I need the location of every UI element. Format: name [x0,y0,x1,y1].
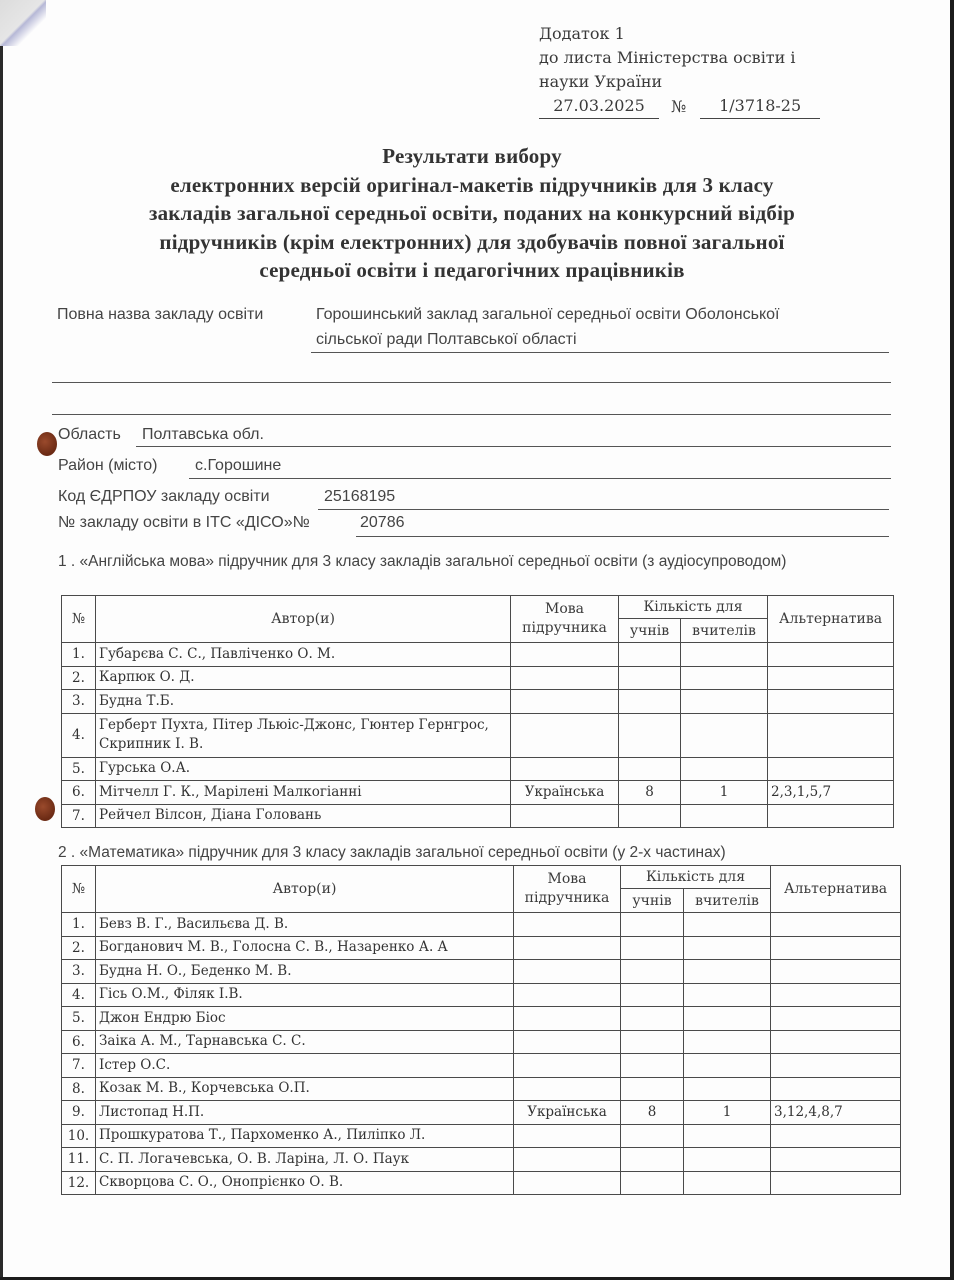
row-students[interactable] [619,690,681,714]
row-students[interactable]: 8 [621,1101,684,1125]
row-num: 11. [62,1148,96,1172]
row-teachers[interactable] [681,643,768,667]
row-alternative[interactable] [768,643,894,667]
row-students[interactable] [621,960,684,984]
row-alternative[interactable]: 3,12,4,8,7 [771,1101,901,1125]
row-language[interactable] [514,1007,621,1031]
row-teachers[interactable] [681,804,768,828]
header-students: учнів [621,889,684,913]
row-language[interactable] [514,960,621,984]
row-authors: Прошкуратова Т., Пархоменко А., Пиліпко … [96,1124,514,1148]
row-num: 5. [62,1007,96,1031]
row-language[interactable] [514,913,621,937]
title-line: середньої освіти і педагогічних працівни… [40,256,904,285]
row-alternative[interactable] [768,713,894,757]
row-students[interactable] [621,1030,684,1054]
row-authors: Карпюк О. Д. [96,666,511,690]
edrpou-value: 25168195 [324,488,395,506]
row-students[interactable] [621,1077,684,1101]
table-header-row: № Автор(и) Мова підручника Кількість для… [62,866,901,889]
table-row: 1. Губарєва С. С., Павліченко О. М. [62,643,894,667]
header-num: № [62,596,96,643]
table-row: 12. Скворцова С. О., Онопрієнко О. В. [62,1171,901,1195]
row-authors: Рейчел Вілсон, Діана Головань [96,804,511,828]
row-authors: Богданович М. В., Голосна С. В., Назарен… [96,936,514,960]
row-students[interactable] [621,1148,684,1172]
row-teachers[interactable]: 1 [681,781,768,805]
disco-value: 20786 [360,514,405,532]
full-name-label: Повна назва закладу освіти [57,306,263,324]
row-alternative[interactable] [771,936,901,960]
row-students[interactable] [621,983,684,1007]
section-title-english: 1 . «Англійська мова» підручник для 3 кл… [58,551,858,573]
title-line: закладів загальної середньої освіти, под… [40,199,904,228]
table-row-selected: 9. Листопад Н.П. Українська 8 1 3,12,4,8… [62,1101,901,1125]
addendum-header: Додаток 1 до листа Міністерства освіти і… [539,22,820,119]
row-num: 1. [62,643,96,667]
row-alternative[interactable] [768,690,894,714]
table-row: 11. С. П. Логачевська, О. В. Ларіна, Л. … [62,1148,901,1172]
punch-hole-mark [37,432,57,456]
row-num: 1. [62,913,96,937]
row-students[interactable] [621,1124,684,1148]
row-authors: Заіка А. М., Тарнавська С. С. [96,1030,514,1054]
header-quantity: Кількість для [619,596,768,619]
row-students[interactable] [621,936,684,960]
row-teachers[interactable] [684,913,771,937]
row-language[interactable] [511,804,619,828]
full-name-underline [311,352,889,353]
row-alternative[interactable] [771,1124,901,1148]
title-line: Результати вибору [40,142,904,171]
letter-date: 27.03.2025 [539,94,659,119]
row-authors: С. П. Логачевська, О. В. Ларіна, Л. О. П… [96,1148,514,1172]
row-teachers[interactable] [684,1077,771,1101]
row-teachers[interactable] [684,936,771,960]
table-row: 5. Гурська О.А. [62,757,894,781]
table-row: 7. Рейчел Вілсон, Діана Головань [62,804,894,828]
row-num: 7. [62,804,96,828]
row-alternative[interactable] [771,1077,901,1101]
punch-hole-mark [35,797,55,821]
row-num: 3. [62,960,96,984]
row-language[interactable] [514,1171,621,1195]
row-teachers[interactable] [684,1148,771,1172]
row-language[interactable] [511,713,619,757]
document-title: Результати вибору електронних версій ори… [40,142,904,285]
row-students[interactable] [619,757,681,781]
row-language[interactable] [514,1054,621,1078]
table-header-row: № Автор(и) Мова підручника Кількість для… [62,596,894,619]
row-num: 8. [62,1077,96,1101]
row-authors: Губарєва С. С., Павліченко О. М. [96,643,511,667]
header-students: учнів [619,619,681,643]
header-authors: Автор(и) [96,866,514,913]
row-num: 4. [62,983,96,1007]
row-students[interactable] [619,666,681,690]
row-teachers[interactable] [684,983,771,1007]
row-teachers[interactable] [681,690,768,714]
textbook-table-english: № Автор(и) Мова підручника Кількість для… [61,595,894,828]
row-alternative[interactable] [768,757,894,781]
row-teachers[interactable]: 1 [684,1101,771,1125]
row-language[interactable] [514,983,621,1007]
letter-number: 1/3718-25 [700,94,820,119]
addendum-line: науки України [539,70,820,94]
row-num: 2. [62,666,96,690]
row-num: 6. [62,1030,96,1054]
header-alternative: Альтернатива [768,596,894,643]
blank-underline [52,414,891,415]
textbook-table-math: № Автор(и) Мова підручника Кількість для… [61,865,901,1195]
row-num: 9. [62,1101,96,1125]
table-row: 7. Істер О.С. [62,1054,901,1078]
number-sign: № [671,95,686,119]
row-alternative[interactable] [771,960,901,984]
row-students[interactable] [619,713,681,757]
row-num: 3. [62,690,96,714]
page-edge-left [0,0,3,1280]
row-authors: Будна Н. О., Беденко М. В. [96,960,514,984]
district-label: Район (місто) [58,457,157,475]
row-alternative[interactable] [771,1148,901,1172]
edrpou-label: Код ЄДРПОУ закладу освіти [58,488,270,506]
row-students[interactable] [621,1171,684,1195]
row-language[interactable] [514,1030,621,1054]
row-language[interactable] [514,1077,621,1101]
edrpou-underline [318,509,889,510]
header-quantity: Кількість для [621,866,771,889]
district-underline [189,478,891,479]
row-num: 10. [62,1124,96,1148]
disco-underline [356,536,889,537]
row-authors: Мітчелл Г. К., Марілені Малкогіанні [96,781,511,805]
row-students[interactable] [619,804,681,828]
row-students[interactable] [621,1007,684,1031]
row-language[interactable] [511,643,619,667]
region-value: Полтавська обл. [142,426,264,444]
row-alternative[interactable]: 2,3,1,5,7 [768,781,894,805]
row-authors: Листопад Н.П. [96,1101,514,1125]
row-num: 5. [62,757,96,781]
page-edge-right [950,0,954,1280]
row-authors: Гурська О.А. [96,757,511,781]
row-teachers[interactable] [684,1054,771,1078]
row-language[interactable] [514,1124,621,1148]
table-row: 8. Козак М. В., Корчевська О.П. [62,1077,901,1101]
table-row: 6. Заіка А. М., Тарнавська С. С. [62,1030,901,1054]
row-teachers[interactable] [681,757,768,781]
addendum-line: до листа Міністерства освіти і [539,46,820,70]
row-language[interactable] [511,757,619,781]
table-row: 3. Будна Н. О., Беденко М. В. [62,960,901,984]
table-row: 4. Гісь О.М., Філяк І.В. [62,983,901,1007]
row-language[interactable] [511,666,619,690]
row-language[interactable]: Українська [514,1101,621,1125]
row-language[interactable] [511,690,619,714]
row-teachers[interactable] [684,1007,771,1031]
row-authors: Козак М. В., Корчевська О.П. [96,1077,514,1101]
row-alternative[interactable] [771,1054,901,1078]
header-language: Мова підручника [514,866,621,913]
table-row: 2. Карпюк О. Д. [62,666,894,690]
table-row: 2. Богданович М. В., Голосна С. В., Наза… [62,936,901,960]
row-authors: Бевз В. Г., Васильєва Д. В. [96,913,514,937]
disco-label: № закладу освіти в ІТС «ДІСО»№ [58,514,310,532]
section-title-math: 2 . «Математика» підручник для 3 класу з… [58,842,858,864]
addendum-line: Додаток 1 [539,22,820,46]
table-row: 5. Джон Ендрю Біос [62,1007,901,1031]
row-num: 6. [62,781,96,805]
row-teachers[interactable] [681,713,768,757]
title-line: підручників (крім електронних) для здобу… [40,228,904,257]
header-teachers: вчителів [684,889,771,913]
row-authors: Скворцова С. О., Онопрієнко О. В. [96,1171,514,1195]
header-num: № [62,866,96,913]
blank-underline [52,382,891,383]
row-alternative[interactable] [768,804,894,828]
row-language[interactable] [514,936,621,960]
row-authors: Будна Т.Б. [96,690,511,714]
row-alternative[interactable] [771,1030,901,1054]
folded-corner [0,0,46,46]
district-value: с.Горошине [195,457,281,475]
row-alternative[interactable] [771,1007,901,1031]
full-name-value-line1: Горошинський заклад загальної середньої … [316,306,779,324]
row-alternative[interactable] [771,983,901,1007]
letter-date-number: 27.03.2025 № 1/3718-25 [539,94,820,119]
row-num: 12. [62,1171,96,1195]
header-authors: Автор(и) [96,596,511,643]
row-language[interactable]: Українська [511,781,619,805]
region-label: Область [58,426,121,444]
full-name-value-line2: сільської ради Полтавської області [316,331,577,349]
row-students[interactable]: 8 [619,781,681,805]
title-line: електронних версій оригінал-макетів підр… [40,171,904,200]
row-authors: Джон Ендрю Біос [96,1007,514,1031]
row-teachers[interactable] [684,1030,771,1054]
row-num: 2. [62,936,96,960]
row-students[interactable] [619,643,681,667]
row-students[interactable] [621,913,684,937]
row-authors: Герберт Пухта, Пітер Льюіс-Джонс, Гюнтер… [96,713,511,757]
table-row: 4. Герберт Пухта, Пітер Льюіс-Джонс, Гюн… [62,713,894,757]
row-students[interactable] [621,1054,684,1078]
row-authors: Гісь О.М., Філяк І.В. [96,983,514,1007]
table-row: 10. Прошкуратова Т., Пархоменко А., Пилі… [62,1124,901,1148]
header-alternative: Альтернатива [771,866,901,913]
row-alternative[interactable] [771,1171,901,1195]
row-alternative[interactable] [768,666,894,690]
region-underline [136,446,891,447]
row-authors: Істер О.С. [96,1054,514,1078]
row-teachers[interactable] [684,1171,771,1195]
header-teachers: вчителів [681,619,768,643]
row-language[interactable] [514,1148,621,1172]
row-teachers[interactable] [684,1124,771,1148]
table-row-selected: 6. Мітчелл Г. К., Марілені Малкогіанні У… [62,781,894,805]
row-teachers[interactable] [684,960,771,984]
table-row: 1. Бевз В. Г., Васильєва Д. В. [62,913,901,937]
row-teachers[interactable] [681,666,768,690]
table-row: 3. Будна Т.Б. [62,690,894,714]
header-language: Мова підручника [511,596,619,643]
row-num: 4. [62,713,96,757]
row-alternative[interactable] [771,913,901,937]
row-num: 7. [62,1054,96,1078]
